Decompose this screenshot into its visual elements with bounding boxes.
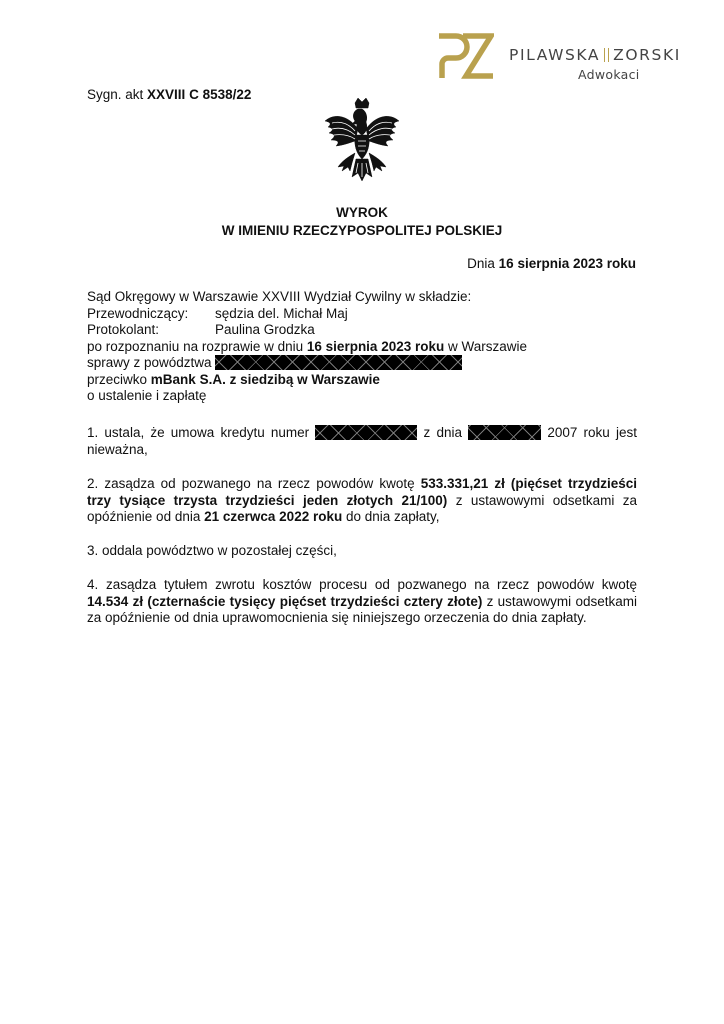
ruling-2-date: 21 czerwca 2022 roku	[204, 509, 342, 524]
redacted-loan-date	[468, 425, 541, 440]
court-composition-block: Sąd Okręgowy w Warszawie XXVIII Wydział …	[87, 289, 637, 405]
hearing-row: po rozpoznaniu na rozprawie w dniu 16 si…	[87, 339, 637, 356]
hearing-suffix: w Warszawie	[448, 339, 527, 354]
ruling-3: 3. oddala powództwo w pozostałej części,	[87, 543, 637, 560]
verdict-heading: WYROK	[0, 205, 724, 220]
clerk-row: Protokolant:Paulina Grodzka	[87, 322, 637, 339]
firm-name-left: PILAWSKA	[509, 46, 600, 64]
plaintiff-row: sprawy z powództwa	[87, 355, 637, 372]
chair-label: Przewodniczący:	[87, 306, 215, 323]
ruling-4-text-a: 4. zasądza tytułem zwrotu kosztów proces…	[87, 577, 637, 592]
ruling-1-text-b: z dnia	[424, 425, 462, 440]
law-firm-logo: PILAWSKAZORSKI Adwokaci	[436, 32, 696, 82]
clerk-label: Protokolant:	[87, 322, 215, 339]
redacted-plaintiff	[215, 355, 462, 370]
case-signature: Sygn. akt XXVIII C 8538/22	[87, 87, 251, 102]
ruling-4: 4. zasądza tytułem zwrotu kosztów proces…	[87, 577, 637, 627]
logo-separator	[604, 48, 609, 62]
verdict-subheading: W IMIENIU RZECZYPOSPOLITEJ POLSKIEJ	[0, 223, 724, 238]
date-prefix: Dnia	[467, 256, 495, 271]
chair-row: Przewodniczący:sędzia del. Michał Maj	[87, 306, 637, 323]
plaintiff-prefix: sprawy z powództwa	[87, 355, 212, 370]
ruling-1: 1. ustala, że umowa kredytu numer z dnia…	[87, 425, 637, 458]
firm-name: PILAWSKAZORSKI	[509, 46, 681, 64]
hearing-date: 16 sierpnia 2023 roku	[307, 339, 444, 354]
clerk-value: Paulina Grodzka	[215, 322, 315, 337]
redacted-loan-number	[315, 425, 417, 440]
case-prefix: Sygn. akt	[87, 87, 143, 102]
hearing-prefix: po rozpoznaniu na rozprawie w dniu	[87, 339, 303, 354]
ruling-1-text-a: 1. ustala, że umowa kredytu numer	[87, 425, 309, 440]
court-composition: Sąd Okręgowy w Warszawie XXVIII Wydział …	[87, 289, 637, 306]
polish-eagle-icon	[322, 97, 402, 187]
ruling-2: 2. zasądza od pozwanego na rzecz powodów…	[87, 476, 637, 526]
ruling-4-amount: 14.534 zł (czternaście tysięcy pięćset t…	[87, 594, 482, 609]
case-subject: o ustalenie i zapłatę	[87, 388, 637, 405]
defendant-name: mBank S.A. z siedzibą w Warszawie	[151, 372, 380, 387]
defendant-prefix: przeciwko	[87, 372, 147, 387]
date-value: 16 sierpnia 2023 roku	[499, 256, 636, 271]
firm-subtitle: Adwokaci	[578, 67, 640, 82]
ruling-2-text-c: do dnia zapłaty,	[346, 509, 440, 524]
firm-name-right: ZORSKI	[613, 46, 681, 64]
ruling-2-text-a: 2. zasądza od pozwanego na rzecz powodów…	[87, 476, 415, 491]
defendant-row: przeciwko mBank S.A. z siedzibą w Warsza…	[87, 372, 637, 389]
chair-value: sędzia del. Michał Maj	[215, 306, 348, 321]
case-number: XXVIII C 8538/22	[147, 87, 251, 102]
pz-monogram-icon	[436, 32, 494, 80]
verdict-date: Dnia 16 sierpnia 2023 roku	[467, 256, 636, 271]
